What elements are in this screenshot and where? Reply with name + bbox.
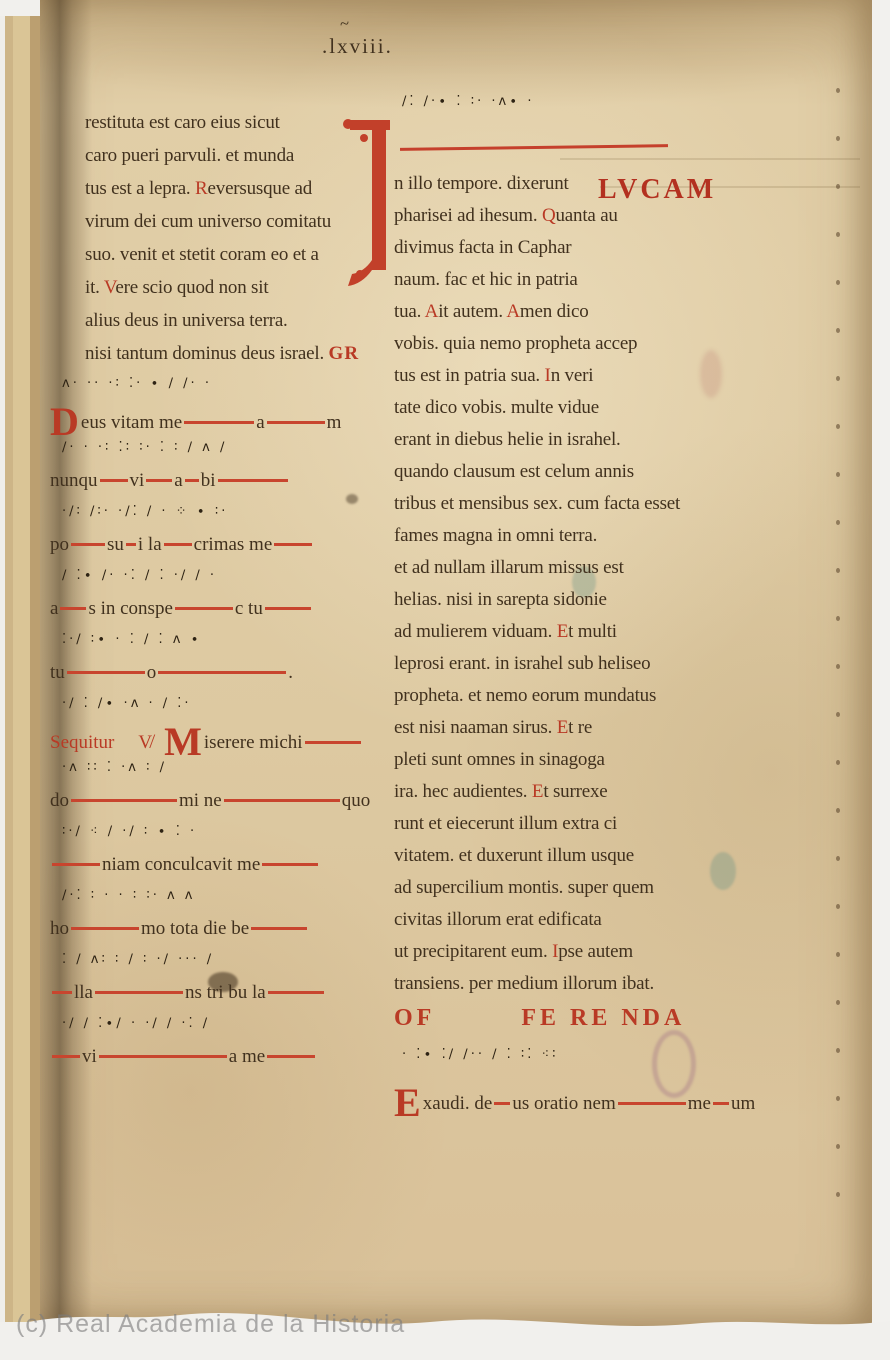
pricking-hole — [836, 808, 840, 813]
text-run: crimas me — [194, 534, 273, 555]
prose-text-line: suo. venit et stetit coram eo et a — [50, 244, 352, 277]
text-run: uanta au — [556, 205, 618, 226]
rubric-run: A — [425, 301, 439, 322]
prose-text-line: ad supercilium montis. super quem — [394, 877, 736, 909]
chant-text-line: domi nequo — [50, 790, 352, 824]
prose-text-line: tua. Ait autem. Amen dico — [394, 301, 736, 333]
text-run: pleti sunt omnes in sinagoga — [394, 749, 605, 770]
offertory-rubric-part: FE RE NDA — [521, 1005, 685, 1041]
prose-text-line: pleti sunt omnes in sinagoga — [394, 749, 736, 781]
text-run: propheta. et nemo eorum mundatus — [394, 685, 656, 706]
text-run: i la — [138, 534, 162, 555]
text-run: vi — [130, 470, 145, 491]
text-run: eversusque ad — [208, 178, 313, 199]
chant-text-line: homo tota die be — [50, 918, 352, 952]
text-run: it. — [85, 277, 104, 298]
text-run: pharisei ad ihesum. — [394, 205, 542, 226]
text-run: restituta est caro eius sicut — [85, 112, 280, 133]
prose-text-line: est nisi naaman sirus. Et re — [394, 717, 736, 749]
rubric-run: A — [506, 301, 520, 322]
rubric-run: V̸ — [138, 732, 152, 753]
text-run: tu — [50, 662, 65, 683]
text-run: vobis. quia nemo propheta accep — [394, 333, 637, 354]
pricking-hole — [836, 904, 840, 909]
text-run: quo — [342, 790, 371, 811]
melisma-extender-line — [52, 989, 72, 994]
chant-text-line: posui lacrimas me — [50, 534, 352, 568]
melisma-extender-line — [268, 989, 324, 994]
chant-text-line: Exaudi. deus oratio nemmeum — [394, 1087, 736, 1131]
text-run: et ad nullam illarum missus est — [394, 557, 624, 578]
text-run: mi ne — [179, 790, 222, 811]
pricking-hole — [836, 328, 840, 333]
text-run: xaudi. de — [423, 1093, 493, 1114]
text-run: vi — [82, 1046, 97, 1067]
text-run: m — [327, 412, 342, 433]
melisma-extender-line — [71, 541, 105, 546]
melisma-extender-line — [158, 669, 286, 674]
photo-background — [872, 0, 890, 1360]
melisma-extender-line — [265, 605, 311, 610]
rubric-run: Sequitur — [50, 732, 114, 753]
prose-text-line: erant in diebus helie in israhel. — [394, 429, 736, 461]
neume-run: · ⁚∙ ⁚∕ ∕·· ∕ ⁚ ∶⁚ ⁖∶ — [394, 1041, 736, 1087]
text-run: lla — [74, 982, 93, 1003]
neume-run: ∕· · ·∶ ⁚∶ ∶· ⁚ ∶ ∕ ʌ ∕ — [50, 440, 352, 470]
neume-run: ∕·⁚ ∶ · · ∶ ∶· ʌ ʌ — [50, 888, 352, 918]
rubric-run: E — [532, 781, 543, 802]
text-run: alius deus in universa terra. — [85, 310, 288, 331]
neume-run: ∕ ⁚∙ ∕· ·⁚ ∕ ⁚ ·∕ ∕ · — [50, 568, 352, 598]
prose-text-line: civitas illorum erat edificata — [394, 909, 736, 941]
melisma-extender-line — [99, 1053, 227, 1058]
manuscript-photo: ~ .lxviii. LVCAM restituta est caro eius… — [0, 0, 890, 1360]
rubric-run: R — [195, 178, 207, 199]
neume-run: ∕⁚ ∕·∙ ⁚ ∶· ·ʌ∙ · — [394, 88, 736, 134]
watermark: (c) Real Academia de la Historia — [16, 1310, 405, 1339]
rubric-run: E — [557, 717, 568, 738]
prose-text-line: nisi tantum dominus deus israel. GR — [50, 343, 352, 376]
text-run: tus est in patria sua. — [394, 365, 545, 386]
text-run: tribus et mensibus sex. cum facta esset — [394, 493, 680, 514]
text-run: us oratio nem — [512, 1093, 615, 1114]
text-run: suo. venit et stetit coram eo et a — [85, 244, 319, 265]
prose-text-line: alius deus in universa terra. — [50, 310, 352, 343]
prose-text-line: ad mulierem viduam. Et multi — [394, 621, 736, 653]
melisma-extender-line — [618, 1100, 686, 1105]
text-run: t re — [568, 717, 592, 738]
chant-text-line: niam conculcavit me — [50, 854, 352, 888]
text-run: tua. — [394, 301, 425, 322]
prose-text-line: vobis. quia nemo propheta accep — [394, 333, 736, 365]
chant-text-line: llans tri bu la — [50, 982, 352, 1016]
prose-text-line: leprosi erant. in israhel sub heliseo — [394, 653, 736, 685]
neume-run: ·∕∶ ∕∶· ·∕⁚ ∕ · ⁘ ∙ ∶· — [50, 504, 352, 534]
offertory-rubric: OFFE RE NDA — [394, 1005, 736, 1041]
pricking-hole — [836, 520, 840, 525]
neume-run: ⁚ ∕ ʌ∶ ∶ ∕ ∶ ·∕ ··· ∕ — [50, 952, 352, 982]
red-divider-rule — [400, 144, 668, 151]
neume-run: ʌ· ·· ·∶ ⁚· ∙ ∕ ∕· · — [50, 376, 352, 406]
pricking-hole — [836, 760, 840, 765]
text-run: divimus facta in Caphar — [394, 237, 571, 258]
melisma-extender-line — [494, 1100, 510, 1105]
text-run: su — [107, 534, 124, 555]
prose-text-line: transiens. per medium illorum ibat. — [394, 973, 736, 1005]
red-initial: E — [394, 1080, 421, 1125]
pricking-hole — [836, 280, 840, 285]
prose-text-line: caro pueri parvuli. et munda — [50, 145, 352, 178]
folio-number: .lxviii. — [322, 34, 393, 59]
red-initial: M — [164, 719, 202, 764]
text-run: bi — [201, 470, 216, 491]
melisma-extender-line — [267, 419, 325, 424]
melisma-extender-line — [52, 861, 100, 866]
text-run: t surrexe — [543, 781, 607, 802]
text-run: a — [256, 412, 264, 433]
pricking-hole — [836, 1144, 840, 1149]
text-run: ira. hec audientes. — [394, 781, 532, 802]
prose-text-line: runt et eiecerunt illum extra ci — [394, 813, 736, 845]
neume-run: ⁚·∕ ∶∙ · ⁚ ∕ ⁚ ʌ ∙ — [50, 632, 352, 662]
melisma-extender-line — [175, 605, 233, 610]
pricking-hole — [836, 88, 840, 93]
text-run: o — [147, 662, 157, 683]
prose-text-line: pharisei ad ihesum. Quanta au — [394, 205, 736, 237]
pricking-hole — [836, 712, 840, 717]
text-run: nisi tantum dominus deus israel. — [85, 343, 329, 364]
text-run: ut precipitarent eum. — [394, 941, 552, 962]
melisma-extender-line — [95, 989, 183, 994]
text-run: est nisi naaman sirus. — [394, 717, 557, 738]
prose-text-line: ut precipitarent eum. Ipse autem — [394, 941, 736, 973]
text-run: virum dei cum universo comitatu — [85, 211, 331, 232]
prose-text-line: quando clausum est celum annis — [394, 461, 736, 493]
pricking-hole — [836, 856, 840, 861]
melisma-extender-line — [60, 605, 86, 610]
text-run: eus vitam me — [81, 412, 182, 433]
chant-text-line: nunquviabi — [50, 470, 352, 504]
melisma-extender-line — [713, 1100, 729, 1105]
text-run: iserere michi — [204, 732, 303, 753]
rubric-gap — [435, 1005, 521, 1041]
melisma-extender-line — [146, 477, 172, 482]
text-run: do — [50, 790, 69, 811]
text-run: po — [50, 534, 69, 555]
prose-text-line: it. Vere scio quod non sit — [50, 277, 352, 310]
melisma-extender-line — [224, 797, 340, 802]
text-run: n illo tempore. dixerunt — [394, 173, 569, 194]
text-run: naum. fac et hic in patria — [394, 269, 578, 290]
text-run: vitatem. et duxerunt illum usque — [394, 845, 634, 866]
melisma-extender-line — [126, 541, 136, 546]
pricking-hole — [836, 1048, 840, 1053]
pricking-hole — [836, 1000, 840, 1005]
prose-text-line: tribus et mensibus sex. cum facta esset — [394, 493, 736, 525]
prose-text-line: helias. nisi in sarepta sidonie — [394, 589, 736, 621]
text-run: s in conspe — [88, 598, 172, 619]
chant-text-line: as in conspec tu — [50, 598, 352, 632]
melisma-extender-line — [262, 861, 318, 866]
prose-text-line: tus est a lepra. Reversusque ad — [50, 178, 352, 211]
text-run: mo tota die be — [141, 918, 249, 939]
melisma-extender-line — [71, 797, 177, 802]
prose-text-line: tus est in patria sua. In veri — [394, 365, 736, 397]
text-run: ns tri bu la — [185, 982, 266, 1003]
text-run: nunqu — [50, 470, 98, 491]
text-run: tus est a lepra. — [85, 178, 195, 199]
melisma-extender-line — [71, 925, 139, 930]
prose-text-line: propheta. et nemo eorum mundatus — [394, 685, 736, 717]
text-run: um — [731, 1093, 755, 1114]
chant-text-line: Deus vitam meam — [50, 406, 352, 440]
pricking-hole — [836, 376, 840, 381]
prose-text-line: naum. fac et hic in patria — [394, 269, 736, 301]
left-column: restituta est caro eius sicutcaro pueri … — [50, 112, 352, 1080]
prose-text-line: tate dico vobis. multe vidue — [394, 397, 736, 429]
melisma-extender-line — [184, 419, 254, 424]
prose-text-line: virum dei cum universo comitatu — [50, 211, 352, 244]
melisma-extender-line — [185, 477, 199, 482]
pricking-hole — [836, 664, 840, 669]
rubric-run: E — [557, 621, 568, 642]
text-run: leprosi erant. in israhel sub heliseo — [394, 653, 650, 674]
right-column: ∕⁚ ∕·∙ ⁚ ∶· ·ʌ∙ ·n illo tempore. dixerun… — [394, 88, 736, 1131]
text-run: tate dico vobis. multe vidue — [394, 397, 599, 418]
text-run: fames magna in omni terra. — [394, 525, 597, 546]
prose-text-line: et ad nullam illarum missus est — [394, 557, 736, 589]
rubric-run: Q — [542, 205, 556, 226]
melisma-extender-line — [267, 1053, 315, 1058]
melisma-extender-line — [305, 739, 361, 744]
melisma-extender-line — [100, 477, 128, 482]
text-run: ho — [50, 918, 69, 939]
neume-run: ·∕ ∕ ⁚∙∕ · ·∕ ∕ ·⁚ ∕ — [50, 1016, 352, 1046]
red-initial: D — [50, 399, 79, 444]
text-run: pse autem — [558, 941, 633, 962]
text-run: a — [174, 470, 182, 491]
text-run: ere scio quod non sit — [115, 277, 268, 298]
text-run: . — [288, 662, 293, 683]
text-run: it autem. — [438, 301, 506, 322]
pricking-hole — [836, 1192, 840, 1197]
pricking-hole — [836, 184, 840, 189]
pricking-hole — [836, 472, 840, 477]
text-run: ad mulierem viduam. — [394, 621, 557, 642]
pricking-hole — [836, 232, 840, 237]
prose-text-line: vitatem. et duxerunt illum usque — [394, 845, 736, 877]
melisma-extender-line — [218, 477, 288, 482]
chant-text-line: tuo. — [50, 662, 352, 696]
text-run: n veri — [551, 365, 594, 386]
pricking-hole — [836, 424, 840, 429]
text-run: quando clausum est celum annis — [394, 461, 634, 482]
melisma-extender-line — [52, 1053, 80, 1058]
pricking-hole — [836, 568, 840, 573]
chant-text-line: via me — [50, 1046, 352, 1080]
melisma-extender-line — [251, 925, 307, 930]
melisma-extender-line — [164, 541, 192, 546]
text-run: c tu — [235, 598, 263, 619]
pricking-hole — [836, 616, 840, 621]
pricking-hole — [836, 136, 840, 141]
text-run: a me — [229, 1046, 265, 1067]
text-run: men dico — [520, 301, 589, 322]
rubric-abbrev: GR — [329, 343, 360, 364]
text-run: runt et eiecerunt illum extra ci — [394, 813, 617, 834]
text-run: helias. nisi in sarepta sidonie — [394, 589, 607, 610]
text-run: civitas illorum erat edificata — [394, 909, 602, 930]
pricking-hole — [836, 1096, 840, 1101]
text-run: caro pueri parvuli. et munda — [85, 145, 294, 166]
offertory-rubric-part: OF — [394, 1005, 435, 1041]
prose-text-line: n illo tempore. dixerunt — [394, 173, 736, 205]
text-run: a — [50, 598, 58, 619]
prose-text-line: divimus facta in Caphar — [394, 237, 736, 269]
text-run: transiens. per medium illorum ibat. — [394, 973, 654, 994]
text-run: niam conculcavit me — [102, 854, 260, 875]
prose-text-line: restituta est caro eius sicut — [50, 112, 352, 145]
melisma-extender-line — [274, 541, 312, 546]
text-run: ad supercilium montis. super quem — [394, 877, 654, 898]
melisma-extender-line — [67, 669, 145, 674]
neume-run: ·ʌ ∶∶ ⁚ ·ʌ ∶ ∕ — [50, 760, 352, 790]
text-run: t multi — [568, 621, 617, 642]
pricking-hole — [836, 952, 840, 957]
text-run: erant in diebus helie in israhel. — [394, 429, 621, 450]
rubric-run: V — [104, 277, 115, 298]
text-run: me — [688, 1093, 711, 1114]
chant-text-line: SequiturV̸Miserere michi — [50, 726, 352, 760]
neume-run: ∶·∕ ⁖ ∕ ·∕ ∶ ∙ ⁚ · — [50, 824, 352, 854]
prose-text-line: ira. hec audientes. Et surrexe — [394, 781, 736, 813]
prose-text-line: fames magna in omni terra. — [394, 525, 736, 557]
